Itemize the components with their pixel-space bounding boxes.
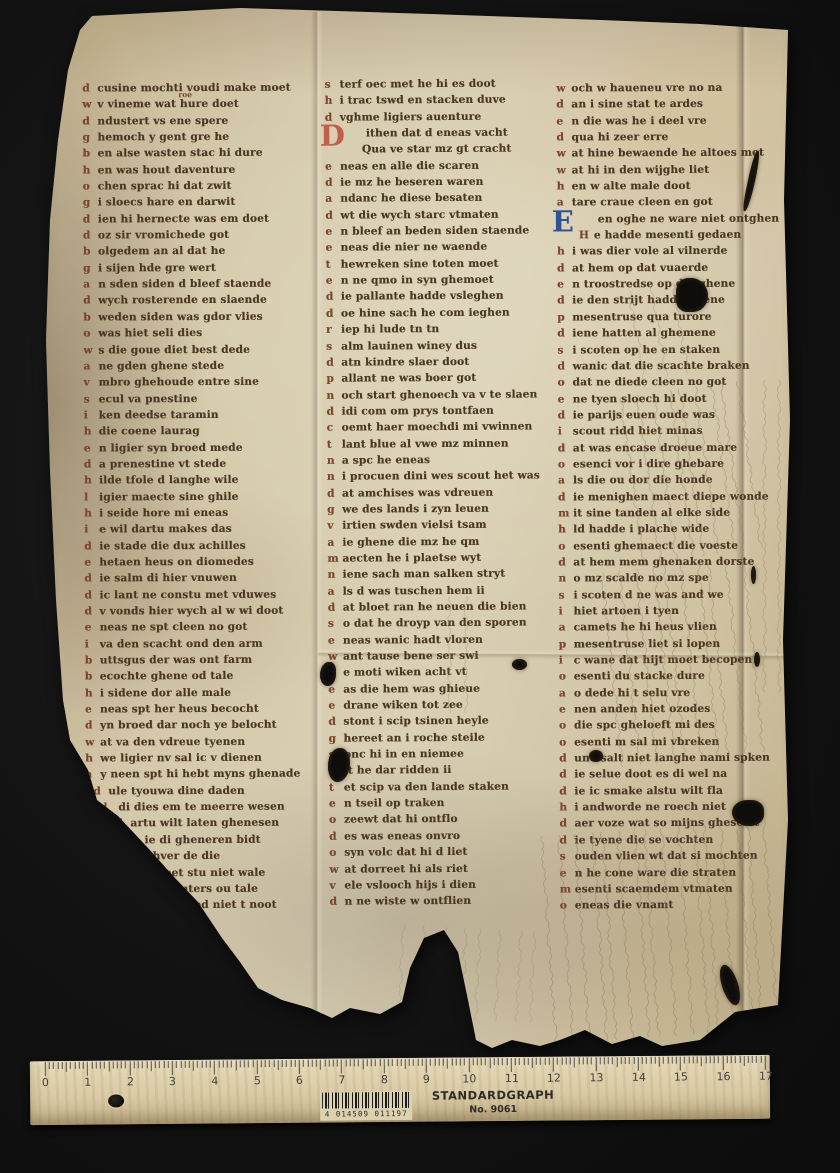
- manuscript-line: mit he dar ridden ii: [329, 762, 567, 780]
- manuscript-line: als d was tuschen hem ii: [328, 582, 566, 600]
- line-text: et scip va den lande staken: [344, 780, 509, 793]
- line-initial: d: [82, 80, 97, 96]
- line-initial: d: [558, 554, 573, 570]
- line-initial: d: [84, 603, 99, 619]
- line-initial: s: [560, 849, 575, 865]
- manuscript-line: an sden siden d bleef staende: [83, 276, 321, 293]
- line-initial: b: [85, 652, 100, 668]
- line-text: ndustert vs ene spere: [97, 115, 228, 128]
- line-initial: o: [559, 718, 574, 734]
- line-text: die spc gheloeft mi des: [574, 719, 715, 732]
- line-initial: v: [329, 877, 344, 893]
- line-text: i scoten d ne was and we: [573, 588, 723, 601]
- line-text: neas ne spt cleen no got: [100, 621, 248, 634]
- line-text: och w haueneu vre no na: [571, 82, 722, 95]
- ruler-number: 16: [716, 1070, 730, 1083]
- line-initial: h: [325, 93, 340, 109]
- manuscript-line: iken deedse taramin: [84, 406, 322, 423]
- manuscript-line: die stade die dux achilles: [84, 537, 322, 554]
- line-text: alm lauinen winey dus: [341, 339, 477, 352]
- manuscript-line: ni procuen dini wes scout het was: [327, 468, 565, 486]
- parchment-hole: [512, 659, 527, 670]
- line-initial: a: [327, 534, 342, 550]
- line-text: i sijen hde gre wert: [98, 262, 216, 275]
- line-text: o dede hi t selu vre: [574, 687, 690, 700]
- line-text: syn volc dat hi d liet: [344, 846, 467, 859]
- line-text: ndanc he diese besaten: [340, 192, 482, 205]
- line-text: i scoten op he en staken: [572, 343, 720, 356]
- line-initial: w: [85, 734, 100, 750]
- line-initial: c: [327, 420, 342, 436]
- manuscript-line: diene hatten al ghemene: [557, 325, 795, 342]
- manuscript-line: ic wane dat hijt moet becopen: [559, 652, 797, 669]
- line-initial: a: [85, 767, 100, 783]
- line-text: i trac tswd en stacken duve: [340, 94, 506, 107]
- manuscript-line: enen anden hiet ozodes: [559, 701, 797, 718]
- line-text: terf oec met he hi es doot: [339, 78, 495, 91]
- manuscript-line: wv vineme wat hure doet: [82, 96, 320, 113]
- line-initial: d: [129, 832, 144, 848]
- line-text: ie tyene die se vochten: [574, 834, 713, 847]
- line-text: esenti scaemdem vtmaten: [575, 883, 733, 896]
- manuscript-line: des was eneas onvro: [329, 827, 567, 845]
- line-initial: d: [559, 816, 574, 832]
- ruler-hang-hole: [108, 1094, 124, 1107]
- line-initial: d: [93, 783, 108, 799]
- manuscript-line: spinters ou tale: [154, 880, 324, 897]
- line-initial: h: [557, 179, 572, 195]
- line-text: hiet artoen i tyen: [573, 605, 679, 617]
- manuscript-line: ithen dat d eneas vacht: [351, 124, 563, 142]
- line-text: i sloecs hare en darwit: [98, 196, 236, 209]
- manuscript-line: datn kindre slaer doot: [326, 353, 564, 371]
- line-initial: g: [83, 195, 98, 211]
- line-initial: d: [556, 129, 571, 145]
- line-text: ic lant ne constu met vduwes: [99, 588, 276, 601]
- line-text: i seide hore mi eneas: [99, 507, 228, 520]
- line-text: ilde tfole d langhe wile: [99, 474, 239, 487]
- manuscript-line: secul va pnestine: [84, 390, 322, 407]
- line-initial: g: [328, 730, 343, 746]
- line-text: en was hout daventure: [98, 164, 236, 177]
- line-initial: n: [558, 571, 573, 587]
- line-initial: o: [558, 538, 573, 554]
- line-initial: s: [558, 587, 573, 603]
- line-text: ie ghene die mz he qm: [342, 535, 479, 548]
- line-text: an i sine stat te ardes: [571, 98, 703, 111]
- line-initial: s: [84, 391, 99, 407]
- line-text: at was encase droeue mare: [573, 441, 737, 454]
- line-initial: e: [84, 554, 99, 570]
- line-text: v vonds hier wych al w wi doot: [99, 605, 283, 618]
- line-initial: m: [560, 881, 575, 897]
- line-initial: h: [85, 751, 100, 767]
- manuscript-line: odat ne diede cleen no got: [557, 374, 795, 391]
- line-initial: d: [326, 404, 341, 420]
- line-initial: d: [325, 175, 340, 191]
- manuscript-line: osyn volc dat hi d liet: [329, 843, 567, 861]
- line-initial: a: [83, 277, 98, 293]
- manuscript-line: andanc he diese besaten: [325, 190, 563, 208]
- ruler-number: 4: [211, 1075, 218, 1088]
- manuscript-line: als die ou dor die honde: [558, 472, 796, 489]
- manuscript-line: pallant ne was boer got: [326, 369, 564, 387]
- manuscript-line: doe hine sach he com ieghen: [326, 304, 564, 322]
- line-text: it he dar ridden ii: [344, 764, 452, 777]
- line-initial: e: [329, 796, 344, 812]
- line-initial: d: [82, 113, 97, 129]
- text-column-middle: sterf oec met he hi es doothi trac tswd …: [324, 75, 567, 910]
- manuscript-line: wat hi in den wijghe liet: [557, 161, 795, 178]
- line-text: igier maecte sine ghile: [99, 490, 239, 503]
- line-initial: e: [328, 698, 343, 714]
- line-text: ie pallante hadde vsleghen: [341, 290, 504, 303]
- line-text: at amchises was vdreuen: [342, 486, 493, 499]
- manuscript-line: da prenestine vt stede: [84, 455, 322, 472]
- manuscript-line: maecten he i plaetse wyt: [327, 549, 565, 567]
- line-initial: d: [328, 600, 343, 616]
- manuscript-line: hwe ligier nv sal ic v dienen: [85, 750, 323, 767]
- line-text: iene sach man salken stryt: [342, 568, 505, 581]
- line-initial: d: [84, 571, 99, 587]
- manuscript-line: Qua ve star mz gt cracht: [347, 141, 563, 159]
- manuscript-line: eneas die nier ne waende: [325, 239, 563, 257]
- line-text: oe hine sach he com ieghen: [341, 306, 510, 319]
- ruler-label: STANDARDGRAPH No. 9061: [418, 1088, 568, 1116]
- line-text: ie salm di hier vnuwen: [99, 572, 237, 585]
- line-text: at va den vdreue tyenen: [100, 736, 245, 749]
- line-text: eet stu niet wale: [165, 866, 266, 878]
- line-text: n die was he i deel vre: [571, 115, 706, 128]
- manuscript-line: dv vonds hier wych al w wi doot: [84, 602, 322, 619]
- manuscript-line: dartu wilt laten ghenesen: [115, 815, 323, 832]
- line-text: n bleef an beden siden staende: [340, 225, 529, 238]
- line-text: oemt haer moechdi mi vwinnen: [342, 421, 533, 434]
- manuscript-line: woch w haueneu vre no na: [556, 79, 794, 96]
- line-initial: u: [142, 897, 157, 913]
- line-text: ls d was tuschen hem ii: [343, 584, 485, 597]
- manuscript-line: hilde tfole d langhe wile: [84, 472, 322, 489]
- line-initial: w: [557, 162, 572, 178]
- line-text: yn broed dar noch ye belocht: [100, 719, 277, 732]
- line-initial: o: [329, 845, 344, 861]
- line-text: es was eneas onvro: [344, 830, 460, 843]
- line-initial: d: [557, 358, 572, 374]
- line-initial: d: [558, 407, 573, 423]
- ruler-number: 12: [547, 1071, 561, 1084]
- line-initial: e: [325, 158, 340, 174]
- line-initial: n: [327, 567, 342, 583]
- line-text: n he cone ware die straten: [575, 866, 737, 879]
- line-initial: v: [83, 375, 98, 391]
- manuscript-line: hdie coene laurag: [84, 423, 322, 440]
- manuscript-line: en he cone ware die straten: [560, 864, 798, 881]
- ruler-model: No. 9061: [418, 1104, 568, 1116]
- line-text: esenti m sal mi vbreken: [574, 736, 719, 749]
- line-text: esenti ghemaect die voeste: [573, 539, 738, 552]
- line-initial: p: [326, 371, 341, 387]
- manuscript-line: dat was encase droeue mare: [558, 439, 796, 456]
- line-initial: d: [559, 751, 574, 767]
- ruler-number: 0: [42, 1076, 49, 1089]
- binding-slit: [754, 652, 760, 667]
- line-text: ie ic smake alstu wilt fla: [574, 785, 723, 798]
- manuscript-line: want tause bene ser swi: [328, 647, 566, 665]
- ruler-number: 3: [169, 1075, 176, 1088]
- line-initial: n: [326, 387, 341, 403]
- line-initial: n: [327, 453, 342, 469]
- line-text: nen anden hiet ozodes: [574, 703, 710, 716]
- line-text: en alse wasten stac hi dure: [97, 147, 262, 160]
- line-text: och start ghenoech va v te slaen: [341, 388, 537, 401]
- manuscript-line: die menighen maect diepe wonde: [558, 488, 796, 505]
- manuscript-line: virtien swden vielsi tsam: [327, 517, 565, 535]
- manuscript-line: die salm di hier vnuwen: [84, 570, 322, 587]
- line-initial: e: [85, 620, 100, 636]
- parchment-sheet-wrap: dcusine mochti voudi make moetwv vineme …: [0, 0, 840, 1173]
- line-text: n sden siden d bleef staende: [98, 278, 271, 291]
- manuscript-line: die di gheneren bidt: [129, 831, 323, 848]
- line-initial: d: [85, 718, 100, 734]
- manuscript-line: owas hiet seli dies: [83, 325, 321, 342]
- parchment-sheet: dcusine mochti voudi make moetwv vineme …: [0, 0, 840, 1173]
- line-initial: w: [83, 342, 98, 358]
- line-text: hemoch y gent gre he: [97, 131, 229, 144]
- parchment-hole: [676, 278, 708, 312]
- line-text: ey broed niet t noot: [157, 899, 277, 912]
- line-text: v vineme wat hure doet: [97, 98, 239, 111]
- manuscript-line: hen was hout daventure: [83, 161, 321, 178]
- ruler-number: 11: [505, 1072, 519, 1085]
- manuscript-line: ozeewt dat hi ontflo: [329, 811, 567, 829]
- manuscript-line: dwych rosterende en slaende: [83, 292, 321, 309]
- manuscript-line: dvghme ligiers auenture: [325, 108, 563, 126]
- manuscript-line: ene tyen sloech hi doot: [558, 390, 796, 407]
- white-speck: [626, 14, 632, 20]
- line-initial: d: [559, 832, 574, 848]
- manuscript-line: dcusine mochti voudi make moet: [82, 79, 320, 96]
- line-text: eneas die vnamt: [575, 899, 674, 911]
- line-initial: o: [329, 812, 344, 828]
- line-text: neas en alle die scaren: [340, 160, 479, 173]
- line-initial: l: [84, 489, 99, 505]
- line-initial: l: [103, 799, 118, 815]
- manuscript-line: so dat he droyp van den sporen: [328, 615, 566, 633]
- manuscript-line: ao dede hi t selu vre: [559, 684, 797, 701]
- line-initial: o: [559, 734, 574, 750]
- manuscript-line: die tyene die se vochten: [559, 831, 797, 848]
- line-initial: m: [327, 551, 342, 567]
- parchment-hole: [732, 800, 764, 826]
- line-text: lant blue al vwe mz minnen: [342, 437, 509, 450]
- line-initial: a: [325, 191, 340, 207]
- manuscript-line: ldi dies em te meerre wesen: [103, 799, 323, 816]
- line-initial: e: [325, 224, 340, 240]
- lombard-initial-e: E: [552, 208, 574, 235]
- line-initial: i: [559, 652, 574, 668]
- line-text: wt die wych starc vtmaten: [340, 208, 498, 221]
- line-text: ecochte ghene od tale: [100, 670, 234, 683]
- line-text: n troostredse op die ghene: [572, 278, 735, 291]
- line-text: pnc hi in en niemee: [344, 748, 464, 761]
- manuscript-line: hen w alte male doot: [557, 178, 795, 195]
- manuscript-line: bweden siden was gdor vlies: [83, 308, 321, 325]
- line-initial: d: [83, 228, 98, 244]
- manuscript-line: ane gden ghene stede: [83, 357, 321, 374]
- manuscript-line: dule tyouwa dine daden: [93, 782, 323, 799]
- line-text: ithen dat d eneas vacht: [366, 127, 508, 140]
- line-text: cusine mochti voudi make moet: [97, 82, 291, 95]
- line-text: iene hatten al ghemene: [572, 327, 716, 340]
- line-text: olgedem an al dat he: [98, 245, 225, 258]
- manuscript-line: he moti wiken acht vt: [328, 664, 566, 682]
- manuscript-line: mesenti scaemdem vtmaten: [560, 880, 798, 897]
- line-initial: h: [83, 162, 98, 178]
- manuscript-line: si scoten d ne was and we: [558, 586, 796, 603]
- manuscript-line: weet stu niet wale: [150, 864, 324, 881]
- line-text: ie selue doot es di wel na: [574, 768, 727, 781]
- manuscript-line: die selue doot es di wel na: [559, 766, 797, 783]
- manuscript-line: shver de die: [138, 848, 324, 865]
- manuscript-line: ligier maecte sine ghile: [84, 488, 322, 505]
- manuscript-line: wat dorreet hi als riet: [329, 860, 567, 878]
- manuscript-line: hld hadde i plache wide: [558, 521, 796, 538]
- text-column-right: woch w haueneu vre no nadan i sine stat …: [556, 79, 798, 914]
- line-text: i procuen dini wes scout het was: [342, 470, 540, 483]
- ruler-number: 17: [759, 1070, 773, 1083]
- line-initial: s: [324, 77, 339, 93]
- line-text: we ligier nv sal ic v dienen: [100, 752, 262, 765]
- line-initial: g: [327, 502, 342, 518]
- line-text: e wil dartu makes das: [99, 523, 232, 536]
- line-initial: o: [83, 326, 98, 342]
- ruler: 01234567891011121314151617 4 014509 0111…: [30, 1055, 771, 1125]
- line-initial: d: [84, 538, 99, 554]
- line-initial: d: [557, 326, 572, 342]
- line-text: at hem mem ghenaken dorste: [573, 556, 754, 569]
- line-text: ie di gheneren bidt: [144, 834, 260, 847]
- manuscript-line: oesenti ghemaect die voeste: [558, 537, 796, 554]
- manuscript-line: die ic smake alstu wilt fla: [559, 782, 797, 799]
- parchment-hole: [320, 662, 336, 686]
- manuscript-line: dwt die wych starc vtmaten: [325, 206, 563, 224]
- manuscript-line: die parijs euen oude was: [558, 406, 796, 423]
- line-text: hereet an i roche steile: [343, 732, 484, 745]
- line-initial: b: [83, 244, 98, 260]
- manuscript-line: en ne qmo in syn ghemoet: [326, 271, 564, 289]
- ruler-number: 8: [381, 1073, 388, 1086]
- ruler-brand: STANDARDGRAPH: [418, 1088, 568, 1103]
- line-initial: h: [559, 800, 574, 816]
- manuscript-line: hi seide hore mi eneas: [84, 504, 322, 521]
- manuscript-line: eneas ne spt cleen no got: [85, 619, 323, 636]
- line-initial: d: [84, 587, 99, 603]
- manuscript-line: die pallante hadde vsleghen: [326, 288, 564, 306]
- line-text: n ligier syn broed mede: [99, 441, 243, 454]
- manuscript-line: becochte ghene od tale: [85, 668, 323, 685]
- line-text: mbro ghehoude entre sine: [98, 376, 259, 389]
- manuscript-line: odie spc gheloeft mi des: [559, 717, 797, 734]
- line-initial: e: [84, 440, 99, 456]
- line-text: at hem op dat vuaerde: [572, 262, 708, 275]
- line-initial: i: [84, 407, 99, 423]
- manuscript-line: eneas en alle die scaren: [325, 157, 563, 175]
- manuscript-line: dat bloet ran he neuen die bien: [328, 598, 566, 616]
- manuscript-line: ochen sprac hi dat zwit: [83, 178, 321, 195]
- line-text: neas spt her heus becocht: [100, 703, 259, 716]
- line-initial: o: [558, 456, 573, 472]
- binding-slit: [751, 566, 756, 584]
- line-initial: p: [559, 636, 574, 652]
- line-text: y neen spt hi hebt myns ghenade: [100, 768, 300, 781]
- barcode-digits: 4 014509 011197: [322, 1109, 410, 1119]
- line-text: hetaen heus on diomedes: [99, 556, 254, 569]
- line-text: qua hi zeer erre: [571, 131, 668, 143]
- line-initial: H: [579, 227, 594, 243]
- manuscript-line: doz sir vromichede got: [83, 227, 321, 244]
- line-text: aecten he i plaetse wyt: [342, 552, 481, 565]
- manuscript-line: dqua hi zeer erre: [556, 129, 794, 146]
- line-text: ne tyen sloech hi doot: [573, 392, 707, 405]
- line-text: idi com om prys tontfaen: [341, 405, 493, 418]
- line-text: n ne qmo in syn ghemoet: [341, 274, 494, 287]
- manuscript-line: dstont i scip tsinen heyle: [328, 713, 566, 731]
- line-initial: a: [558, 473, 573, 489]
- line-text: ls die ou dor die honde: [573, 474, 713, 487]
- line-initial: e: [326, 273, 341, 289]
- manuscript-line: iscout ridd hiet minas: [558, 423, 796, 440]
- manuscript-line: pmesentruse qua turore: [557, 308, 795, 325]
- line-initial: o: [559, 669, 574, 685]
- line-initial: a: [559, 685, 574, 701]
- line-text: at bloet ran he neuen die bien: [343, 601, 527, 614]
- manuscript-line: dwanic dat die scachte braken: [557, 357, 795, 374]
- manuscript-line: dat hem op dat vuaerde: [557, 259, 795, 276]
- line-initial: d: [558, 489, 573, 505]
- manuscript-line: ghemoch y gent gre he: [82, 129, 320, 146]
- manuscript-line: ihiet artoen i tyen: [558, 602, 796, 619]
- manuscript-line: eas die hem was ghieue: [328, 680, 566, 698]
- photo-background: { "scene": { "description": "Photograph …: [0, 0, 840, 1173]
- line-text: neas die nier ne waende: [340, 241, 487, 254]
- manuscript-line: dat hem mem ghenaken dorste: [558, 553, 796, 570]
- manuscript-line: acamets he hi heus vlien: [559, 619, 797, 636]
- ruler-number: 9: [423, 1073, 430, 1086]
- manuscript-line: tet scip va den lande staken: [329, 778, 567, 796]
- line-initial: e: [558, 391, 573, 407]
- ruler-number: 15: [674, 1070, 688, 1083]
- line-text: i was dier vole al vilnerde: [572, 245, 728, 258]
- line-initial: a: [559, 620, 574, 636]
- manuscript-line: en die was he i deel vre: [556, 112, 794, 129]
- manuscript-line: en tseil op traken: [329, 794, 567, 812]
- line-text: oz sir vromichede got: [98, 229, 229, 242]
- line-initial: s: [138, 848, 153, 864]
- line-text: a prenestine vt stede: [99, 458, 226, 471]
- manuscript-line: dndustert vs ene spere: [82, 112, 320, 129]
- line-text: s die goue diet best dede: [98, 343, 250, 356]
- line-text: at hine bewaende he altoes met: [571, 147, 763, 160]
- ruler-number: 10: [462, 1072, 476, 1085]
- line-text: weden siden was gdor vlies: [98, 311, 263, 324]
- line-initial: d: [83, 211, 98, 227]
- line-initial: d: [326, 289, 341, 305]
- manuscript-line: na spc he eneas: [327, 451, 565, 469]
- line-initial: e: [559, 702, 574, 718]
- line-text: ie mz he beseren waren: [340, 176, 483, 189]
- line-text: ecul va pnestine: [99, 393, 198, 405]
- line-text: camets he hi heus vlien: [574, 621, 717, 634]
